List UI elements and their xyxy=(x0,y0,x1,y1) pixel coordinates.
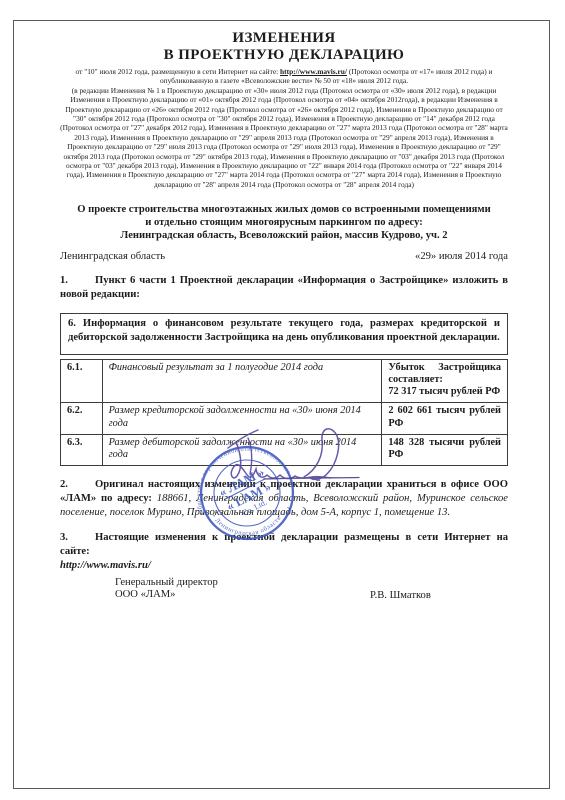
row-value: Убыток Застройщика составляет: 72 317 ты… xyxy=(382,359,508,403)
row-value: 148 328 тысячи рублей РФ xyxy=(382,434,508,465)
intro-posted-prefix: от "10" июля 2012 года, размещенную в се… xyxy=(76,67,279,76)
site-url-link[interactable]: http://www.mavis.ru/ xyxy=(280,67,347,76)
signer-name: Р.В. Шматков xyxy=(370,590,431,603)
clause-3-text: Настоящие изменения к проектной декларац… xyxy=(60,532,508,557)
clause-3: 3.Настоящие изменения к проектной деклар… xyxy=(60,531,508,573)
table-section-header: 6. Информация о финансовом результате те… xyxy=(60,313,508,355)
document-title-line1: ИЗМЕНЕНИЯ xyxy=(60,30,508,47)
row-number: 6.3. xyxy=(61,434,103,465)
signer-role: Генеральный директор xyxy=(115,577,508,590)
table-row: 6.3. Размер дебиторской задолженности на… xyxy=(61,434,508,465)
clause-1-number: 1. xyxy=(60,274,95,288)
subject-line2: и отдельно стоящим многоярусным паркинго… xyxy=(60,216,508,229)
clause-2: 2.Оригинал настоящих изменений к проектн… xyxy=(60,478,508,520)
date-label: «29» июля 2014 года xyxy=(415,251,508,262)
place-label: Ленинградская область xyxy=(60,251,165,262)
row-label: Размер дебиторской задолженности на «30»… xyxy=(102,434,382,465)
intro-revisions-list: (в редакции Изменения № 1 в Проектную де… xyxy=(60,86,508,189)
clause-2-number: 2. xyxy=(60,478,95,492)
place-date-row: Ленинградская область «29» июля 2014 год… xyxy=(60,251,508,262)
clause-1: 1.Пункт 6 части 1 Проектной декларации «… xyxy=(60,274,508,302)
subject-line3: Ленинградская область, Всеволожский райо… xyxy=(60,229,508,242)
table-row: 6.2. Размер кредиторской задолженности н… xyxy=(61,403,508,434)
table-row: 6.1. Финансовый результат за 1 полугодие… xyxy=(61,359,508,403)
financial-table: 6.1. Финансовый результат за 1 полугодие… xyxy=(60,359,508,466)
row-number: 6.2. xyxy=(61,403,103,434)
row-label: Финансовый результат за 1 полугодие 2014… xyxy=(102,359,382,403)
intro-paragraph: от "10" июля 2012 года, размещенную в се… xyxy=(60,67,508,189)
subject-heading: О проекте строительства многоэтажных жил… xyxy=(60,203,508,242)
subject-line1: О проекте строительства многоэтажных жил… xyxy=(60,203,508,216)
row-number: 6.1. xyxy=(61,359,103,403)
clause-1-text: Пункт 6 части 1 Проектной декларации «Ин… xyxy=(60,275,508,300)
row-label: Размер кредиторской задолженности на «30… xyxy=(102,403,382,434)
site-url-link-2[interactable]: http://www.mavis.ru/ xyxy=(60,559,508,573)
document-title-line2: В ПРОЕКТНУЮ ДЕКЛАРАЦИЮ xyxy=(60,47,508,64)
signer-company: ООО «ЛАМ» xyxy=(115,589,508,602)
clause-3-number: 3. xyxy=(60,531,95,545)
document-page: ИЗМЕНЕНИЯ В ПРОЕКТНУЮ ДЕКЛАРАЦИЮ от "10"… xyxy=(13,20,550,789)
signature-block: Генеральный директор ООО «ЛАМ» Р.В. Шмат… xyxy=(60,577,508,617)
row-value: 2 602 661 тысяч рублей РФ xyxy=(382,403,508,434)
